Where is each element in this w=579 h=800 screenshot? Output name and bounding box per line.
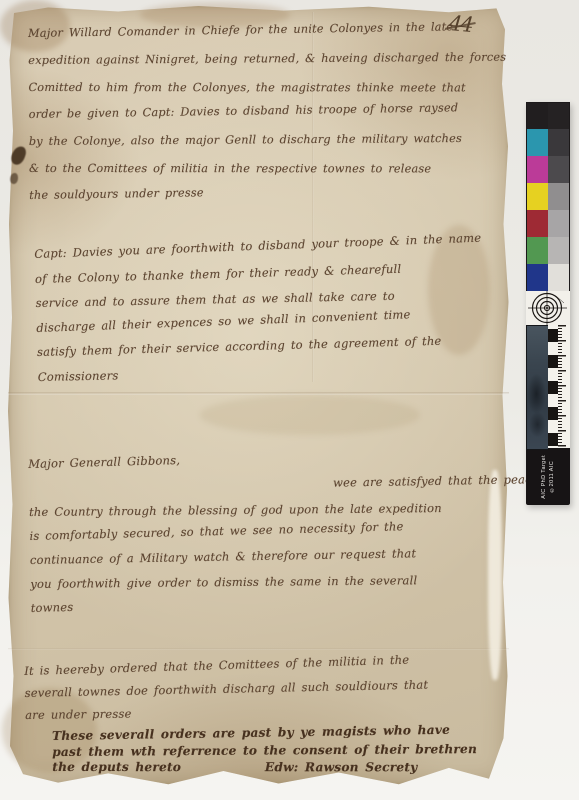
manuscript-block-opening-order: Major Willard Comander in Chiefe for the… [28,17,504,209]
manuscript-block-militia-committees-order: It is heereby ordered that the Comittees… [24,650,497,726]
calibration-patch-row [527,210,569,237]
calibration-patch-grid [526,102,570,291]
calibration-patch-row [527,264,569,291]
manuscript-line: by the Colonye, also the major Genll to … [29,125,504,155]
calibration-patch-row [527,156,569,183]
horizontal-fold-crease [8,392,509,395]
paper-stain [200,395,420,435]
dark-reference-strip [526,325,548,450]
grayscale-patch [548,156,569,183]
color-patch [527,183,548,210]
calibration-patch-row [527,237,569,264]
manuscript-line: past them wth referrence to the consent … [52,741,500,760]
calibration-patch-row [527,129,569,156]
color-patch [527,129,548,156]
target-label-panel: AIC PhD Target ©2011 AIC [526,448,570,505]
calibration-patch-row [527,103,569,129]
grayscale-patch [548,237,569,264]
block-scale-ruler [548,325,559,448]
manuscript-line: the deputs hereto Edw: Rawson Secrety [52,760,500,776]
color-patch [527,103,548,129]
calibration-ruler-section [526,325,570,448]
manuscript-block-attestation-signature: These severall orders are past by ye mag… [52,726,500,776]
target-label-line2: ©2011 AIC [548,455,556,499]
grayscale-patch [548,103,569,129]
manuscript-block-order-to-capt-davies: Capt: Davies you are foorthwith to disba… [34,229,500,389]
grayscale-patch [548,264,569,291]
target-label-text: AIC PhD Target ©2011 AIC [540,455,556,499]
fine-tick-ruler [558,325,570,448]
grayscale-patch [548,183,569,210]
color-patch [527,156,548,183]
color-patch [527,210,548,237]
manuscript-block-order-to-major-generall-gibbons: Major Generall Gibbons, wee are satisfye… [28,444,499,620]
target-label-line1: AIC PhD Target [540,455,548,499]
grayscale-patch [548,129,569,156]
color-calibration-target: AIC PhD Target ©2011 AIC [526,102,570,505]
calibration-patch-row [527,183,569,210]
grayscale-patch [548,210,569,237]
color-patch [527,264,548,291]
scanned-document-photo: 44 Major Willard Comander in Chiefe for … [0,0,579,800]
manuscript-line: expedition against Ninigret, being retur… [28,44,503,74]
color-patch [527,237,548,264]
focus-target-icon [526,291,570,325]
